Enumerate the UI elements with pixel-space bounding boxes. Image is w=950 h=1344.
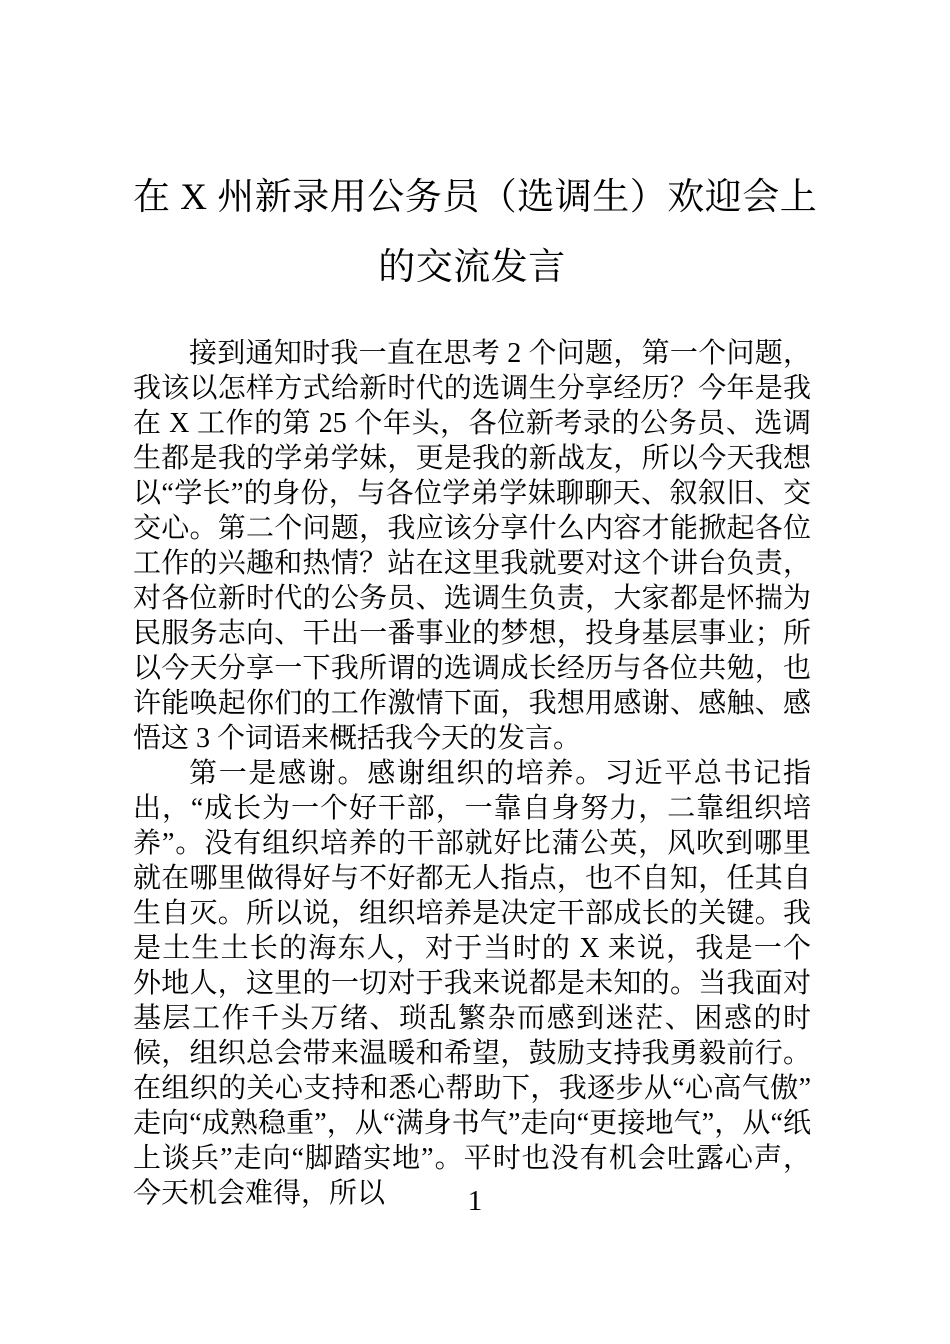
document-body: 接到通知时我一直在思考 2 个问题，第一个问题，我该以怎样方式给新时代的选调生分…	[133, 336, 811, 1211]
document-title-line-1: 在 X 州新录用公务员（选调生）欢迎会上	[133, 163, 811, 233]
document-title: 在 X 州新录用公务员（选调生）欢迎会上 的交流发言	[133, 163, 811, 303]
document-title-line-2: 的交流发言	[133, 233, 811, 303]
body-paragraph-1: 接到通知时我一直在思考 2 个问题，第一个问题，我该以怎样方式给新时代的选调生分…	[133, 336, 811, 756]
page-number: 1	[0, 1184, 950, 1219]
document-content: 在 X 州新录用公务员（选调生）欢迎会上 的交流发言 接到通知时我一直在思考 2…	[133, 163, 811, 1211]
body-paragraph-2: 第一是感谢。感谢组织的培养。习近平总书记指出，“成长为一个好干部，一靠自身努力，…	[133, 756, 811, 1211]
document-page: 在 X 州新录用公务员（选调生）欢迎会上 的交流发言 接到通知时我一直在思考 2…	[0, 0, 950, 1344]
